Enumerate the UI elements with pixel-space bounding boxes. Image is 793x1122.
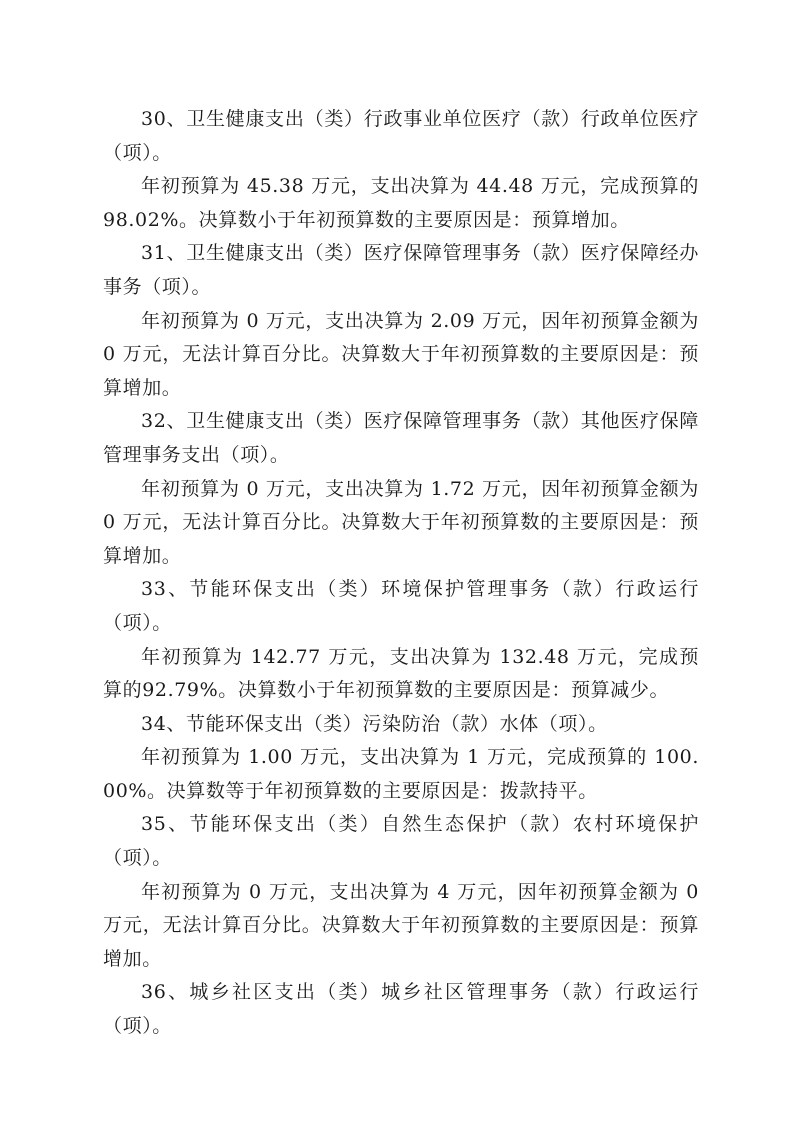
document-page: 30、卫生健康支出（类）行政事业单位医疗（款）行政单位医疗（项）。 年初预算为 … [103, 103, 699, 1044]
item-34-detail: 年初预算为 1.00 万元，支出决算为 1 万元，完成预算的 100.00%。决… [103, 741, 699, 808]
item-35-detail: 年初预算为 0 万元，支出决算为 4 万元，因年初预算金额为 0 万元，无法计算… [103, 876, 699, 977]
item-35-heading: 35、节能环保支出（类）自然生态保护（款）农村环境保护（项）。 [103, 808, 699, 875]
item-31-heading: 31、卫生健康支出（类）医疗保障管理事务（款）医疗保障经办事务（项）。 [103, 237, 699, 304]
item-34-heading: 34、节能环保支出（类）污染防治（款）水体（项）。 [103, 708, 699, 742]
item-33-detail: 年初预算为 142.77 万元，支出决算为 132.48 万元，完成预算的92.… [103, 641, 699, 708]
item-32-detail: 年初预算为 0 万元，支出决算为 1.72 万元，因年初预算金额为 0 万元，无… [103, 473, 699, 574]
item-31-detail: 年初预算为 0 万元，支出决算为 2.09 万元，因年初预算金额为 0 万元，无… [103, 305, 699, 406]
item-30-heading: 30、卫生健康支出（类）行政事业单位医疗（款）行政单位医疗（项）。 [103, 103, 699, 170]
item-33-heading: 33、节能环保支出（类）环境保护管理事务（款）行政运行（项）。 [103, 573, 699, 640]
item-32-heading: 32、卫生健康支出（类）医疗保障管理事务（款）其他医疗保障管理事务支出（项）。 [103, 405, 699, 472]
item-36-heading: 36、城乡社区支出（类）城乡社区管理事务（款）行政运行（项）。 [103, 976, 699, 1043]
item-30-detail: 年初预算为 45.38 万元，支出决算为 44.48 万元，完成预算的98.02… [103, 170, 699, 237]
